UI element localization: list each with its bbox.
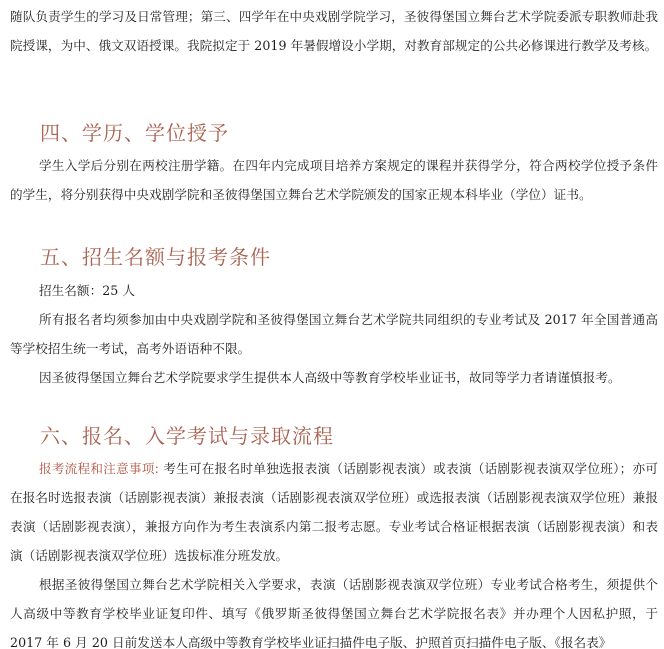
intro-paragraph: 随队负责学生的学习及日常管理；第三、四学年在中央戏剧学院学习，圣彼得堡国立舞台艺… [10, 2, 658, 60]
section-4-paragraph: 学生入学后分别在两校注册学籍。在四年内完成项目培养方案规定的课程并获得学分，符合… [10, 151, 658, 209]
section-4-heading: 四、学历、学位授予 [40, 117, 229, 146]
process-notes-label: 报考流程和注意事项: [39, 461, 159, 476]
section-6-paragraph-process: 报考流程和注意事项: 考生可在报名时单独选报表演（话剧影视表演）或表演（话剧影视… [10, 454, 658, 570]
section-5-quota: 招生名额：25 人 [10, 276, 658, 305]
section-6-heading: 六、报名、入学考试与录取流程 [40, 420, 334, 449]
section-5-heading: 五、招生名额与报考条件 [40, 241, 271, 270]
document-page: 随队负责学生的学习及日常管理；第三、四学年在中央戏剧学院学习，圣彼得堡国立舞台艺… [0, 0, 664, 649]
section-6-paragraph-requirements: 根据圣彼得堡国立舞台艺术学院相关入学要求，表演（话剧影视表演双学位班）专业考试合… [10, 570, 658, 649]
section-5-paragraph-note: 因圣彼得堡国立舞台艺术学院要求学生提供本人高级中等教育学校毕业证书，故同等学力者… [10, 363, 658, 392]
section-5-paragraph-requirements: 所有报名者均须参加由中央戏剧学院和圣彼得堡国立舞台艺术学院共同组织的专业考试及 … [10, 305, 658, 363]
process-notes-text: 考生可在报名时单独选报表演（话剧影视表演）或表演（话剧影视表演双学位班）；亦可在… [10, 461, 658, 563]
